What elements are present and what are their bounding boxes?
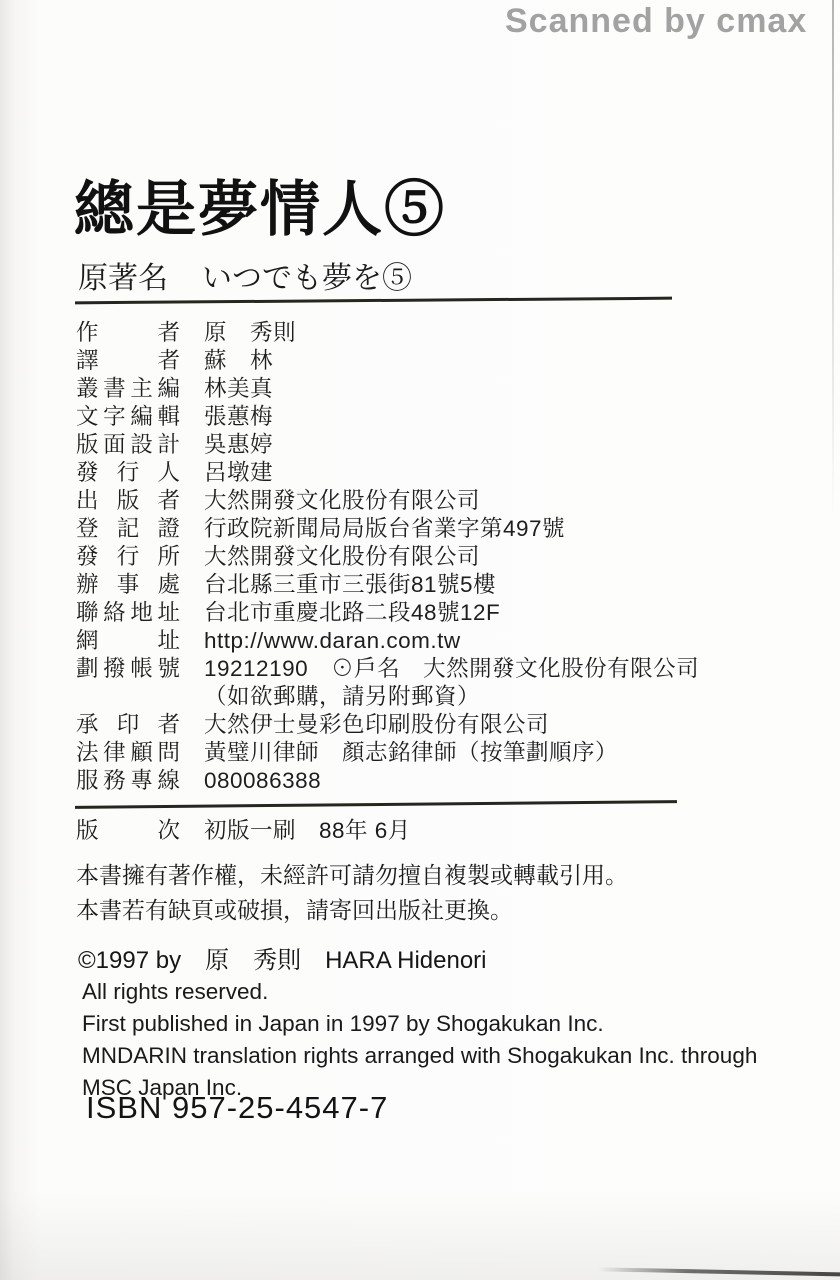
- edition-row: 版次初版一刷 88年 6月: [76, 816, 411, 846]
- row-label: 聯絡地址: [76, 599, 180, 627]
- scan-edge-artifact: [832, 0, 834, 520]
- row-label: 發行人: [76, 459, 180, 487]
- colophon-row-publisher: 出版者大然開發文化股份有限公司: [76, 487, 776, 515]
- divider-bottom: [75, 800, 677, 809]
- row-label: 服務專線: [76, 767, 180, 795]
- original-title-row: 原著名いつでも夢を⑤: [78, 253, 412, 297]
- row-label: 出版者: [76, 487, 180, 515]
- row-label: 登記證: [76, 515, 180, 543]
- colophon-row-translator: 譯者蘇 林: [76, 347, 776, 375]
- edition-label: 版次: [76, 816, 180, 846]
- row-label: 發行所: [76, 543, 180, 571]
- website-url: http://www.daran.com.tw: [204, 627, 461, 655]
- colophon-row-layout-designer: 版面設計吳惠婷: [76, 431, 776, 459]
- row-label: 作者: [76, 319, 180, 347]
- row-value: 原 秀則: [204, 319, 296, 347]
- row-label: 譯者: [76, 347, 180, 375]
- row-value: 林美真: [204, 375, 273, 403]
- colophon-row-postal-account: 劃撥帳號19212190 ⊙戶名 大然開發文化股份有限公司: [76, 655, 776, 683]
- row-value: （如欲郵購，請另附郵資）: [204, 683, 480, 711]
- colophon-row-office: 辦事處台北縣三重市三張街81號5樓: [76, 571, 776, 599]
- row-value: 大然伊士曼彩色印刷股份有限公司: [204, 711, 549, 739]
- row-label: 版面設計: [76, 431, 180, 459]
- row-value: 080086388: [204, 767, 321, 795]
- scanned-colophon-page: Scanned by cmax 總是夢情人⑤ 原著名いつでも夢を⑤ 作者原 秀則…: [0, 0, 840, 1280]
- book-title: 總是夢情人⑤: [74, 162, 446, 248]
- row-value: 大然開發文化股份有限公司: [204, 487, 480, 515]
- row-label: 劃撥帳號: [76, 655, 180, 683]
- row-label: 網址: [76, 627, 180, 655]
- colophon-row-legal-advisors: 法律顧問黃璧川律師 顏志銘律師（按筆劃順序）: [76, 739, 776, 767]
- row-label: 承印者: [76, 711, 180, 739]
- row-value: 張蕙梅: [204, 403, 273, 431]
- colophon-row-distributor: 發行所大然開發文化股份有限公司: [76, 543, 776, 571]
- colophon-row-author: 作者原 秀則: [76, 319, 776, 347]
- english-rights-block: All rights reserved. First published in …: [82, 976, 782, 1104]
- rights-line: First published in Japan in 1997 by Shog…: [82, 1008, 782, 1040]
- colophon-row-publisher-person: 發行人呂墩建: [76, 459, 776, 487]
- colophon-table: 作者原 秀則 譯者蘇 林 叢書主編林美真 文字編輯張蕙梅 版面設計吳惠婷 發行人…: [76, 319, 776, 795]
- scan-shadow: [0, 1190, 840, 1280]
- original-title-label: 原著名: [78, 262, 168, 295]
- row-label: 法律顧問: [76, 739, 180, 767]
- isbn: ISBN 957-25-4547-7: [86, 1090, 388, 1126]
- colophon-row-text-editor: 文字編輯張蕙梅: [76, 403, 776, 431]
- scanner-watermark: Scanned by cmax: [505, 2, 830, 41]
- copyright-attribution: ©1997 by 原 秀則 HARA Hidenori: [78, 940, 487, 975]
- colophon-row-series-editor: 叢書主編林美真: [76, 375, 776, 403]
- row-value: 行政院新聞局局版台省業字第497號: [204, 515, 565, 543]
- row-label: 叢書主編: [76, 375, 180, 403]
- row-value: 蘇 林: [204, 347, 273, 375]
- original-title: いつでも夢を⑤: [202, 262, 412, 295]
- rights-line: MNDARIN translation rights arranged with…: [82, 1040, 782, 1072]
- copyright-notice: 本書擁有著作權，未經許可請勿擅自複製或轉載引用。: [76, 857, 628, 890]
- colophon-row-postal-note: （如欲郵購，請另附郵資）: [76, 683, 776, 711]
- row-value: 呂墩建: [204, 459, 273, 487]
- edition-value: 初版一刷 88年 6月: [204, 816, 411, 846]
- colophon-row-website: 網址http://www.daran.com.tw: [76, 627, 776, 655]
- colophon-row-contact-address: 聯絡地址台北市重慶北路二段48號12F: [76, 599, 776, 627]
- row-label: 辦事處: [76, 571, 180, 599]
- row-value: 大然開發文化股份有限公司: [204, 543, 480, 571]
- row-value: 台北市重慶北路二段48號12F: [204, 599, 500, 627]
- colophon-row-service-line: 服務專線080086388: [76, 767, 776, 795]
- row-value: 吳惠婷: [204, 431, 273, 459]
- divider-top: [75, 297, 672, 305]
- row-label: 文字編輯: [76, 403, 180, 431]
- colophon-row-registration: 登記證行政院新聞局局版台省業字第497號: [76, 515, 776, 543]
- damage-return-notice: 本書若有缺頁或破損，請寄回出版社更換。: [76, 892, 513, 925]
- row-value: 19212190 ⊙戶名 大然開發文化股份有限公司: [204, 655, 699, 683]
- rights-line: All rights reserved.: [82, 976, 782, 1008]
- colophon-row-printer: 承印者大然伊士曼彩色印刷股份有限公司: [76, 711, 776, 739]
- row-value: 台北縣三重市三張街81號5樓: [204, 571, 496, 599]
- row-value: 黃璧川律師 顏志銘律師（按筆劃順序）: [204, 739, 618, 767]
